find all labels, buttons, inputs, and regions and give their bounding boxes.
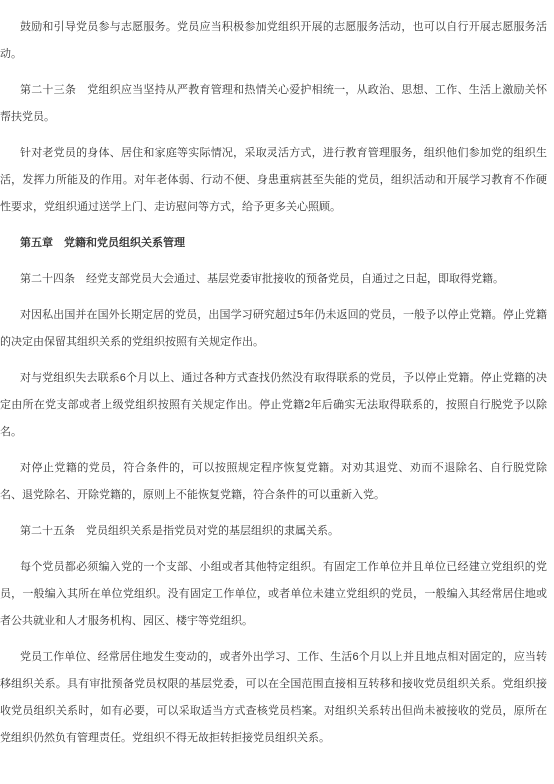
paragraph-article-23: 第二十三条 党组织应当坚持从严教育管理和热情关心爱护相统一，从政治、思想、工作、… [0, 77, 547, 131]
heading-chapter-5: 第五章 党籍和党员组织关系管理 [0, 230, 547, 257]
paragraph-article-25: 第二十五条 党员组织关系是指党员对党的基层组织的隶属关系。 [0, 518, 547, 545]
paragraph-restore-membership: 对停止党籍的党员，符合条件的，可以按照规定程序恢复党籍。对劝其退党、劝而不退除名… [0, 455, 547, 509]
paragraph-relation-transfer: 党员工作单位、经常居住地发生变动的，或者外出学习、工作、生活6个月以上并且地点相… [0, 644, 547, 752]
paragraph-overseas-members: 对因私出国并在国外长期定居的党员，出国学习研究超过5年仍未返回的党员，一般予以停… [0, 302, 547, 356]
paragraph-lost-contact: 对与党组织失去联系6个月以上、通过各种方式查找仍然没有取得联系的党员，予以停止党… [0, 365, 547, 446]
document-body: 鼓励和引导党员参与志愿服务。党员应当积极参加党组织开展的志愿服务活动，也可以自行… [0, 0, 554, 781]
paragraph-volunteer-service: 鼓励和引导党员参与志愿服务。党员应当积极参加党组织开展的志愿服务活动，也可以自行… [0, 14, 547, 68]
paragraph-elderly-members: 针对老党员的身体、居住和家庭等实际情况，采取灵活方式，进行教育管理服务，组织他们… [0, 140, 547, 221]
paragraph-article-24: 第二十四条 经党支部党员大会通过、基层党委审批接收的预备党员，自通过之日起，即取… [0, 266, 547, 293]
paragraph-branch-assignment: 每个党员都必须编入党的一个支部、小组或者其他特定组织。有固定工作单位并且单位已经… [0, 554, 547, 635]
